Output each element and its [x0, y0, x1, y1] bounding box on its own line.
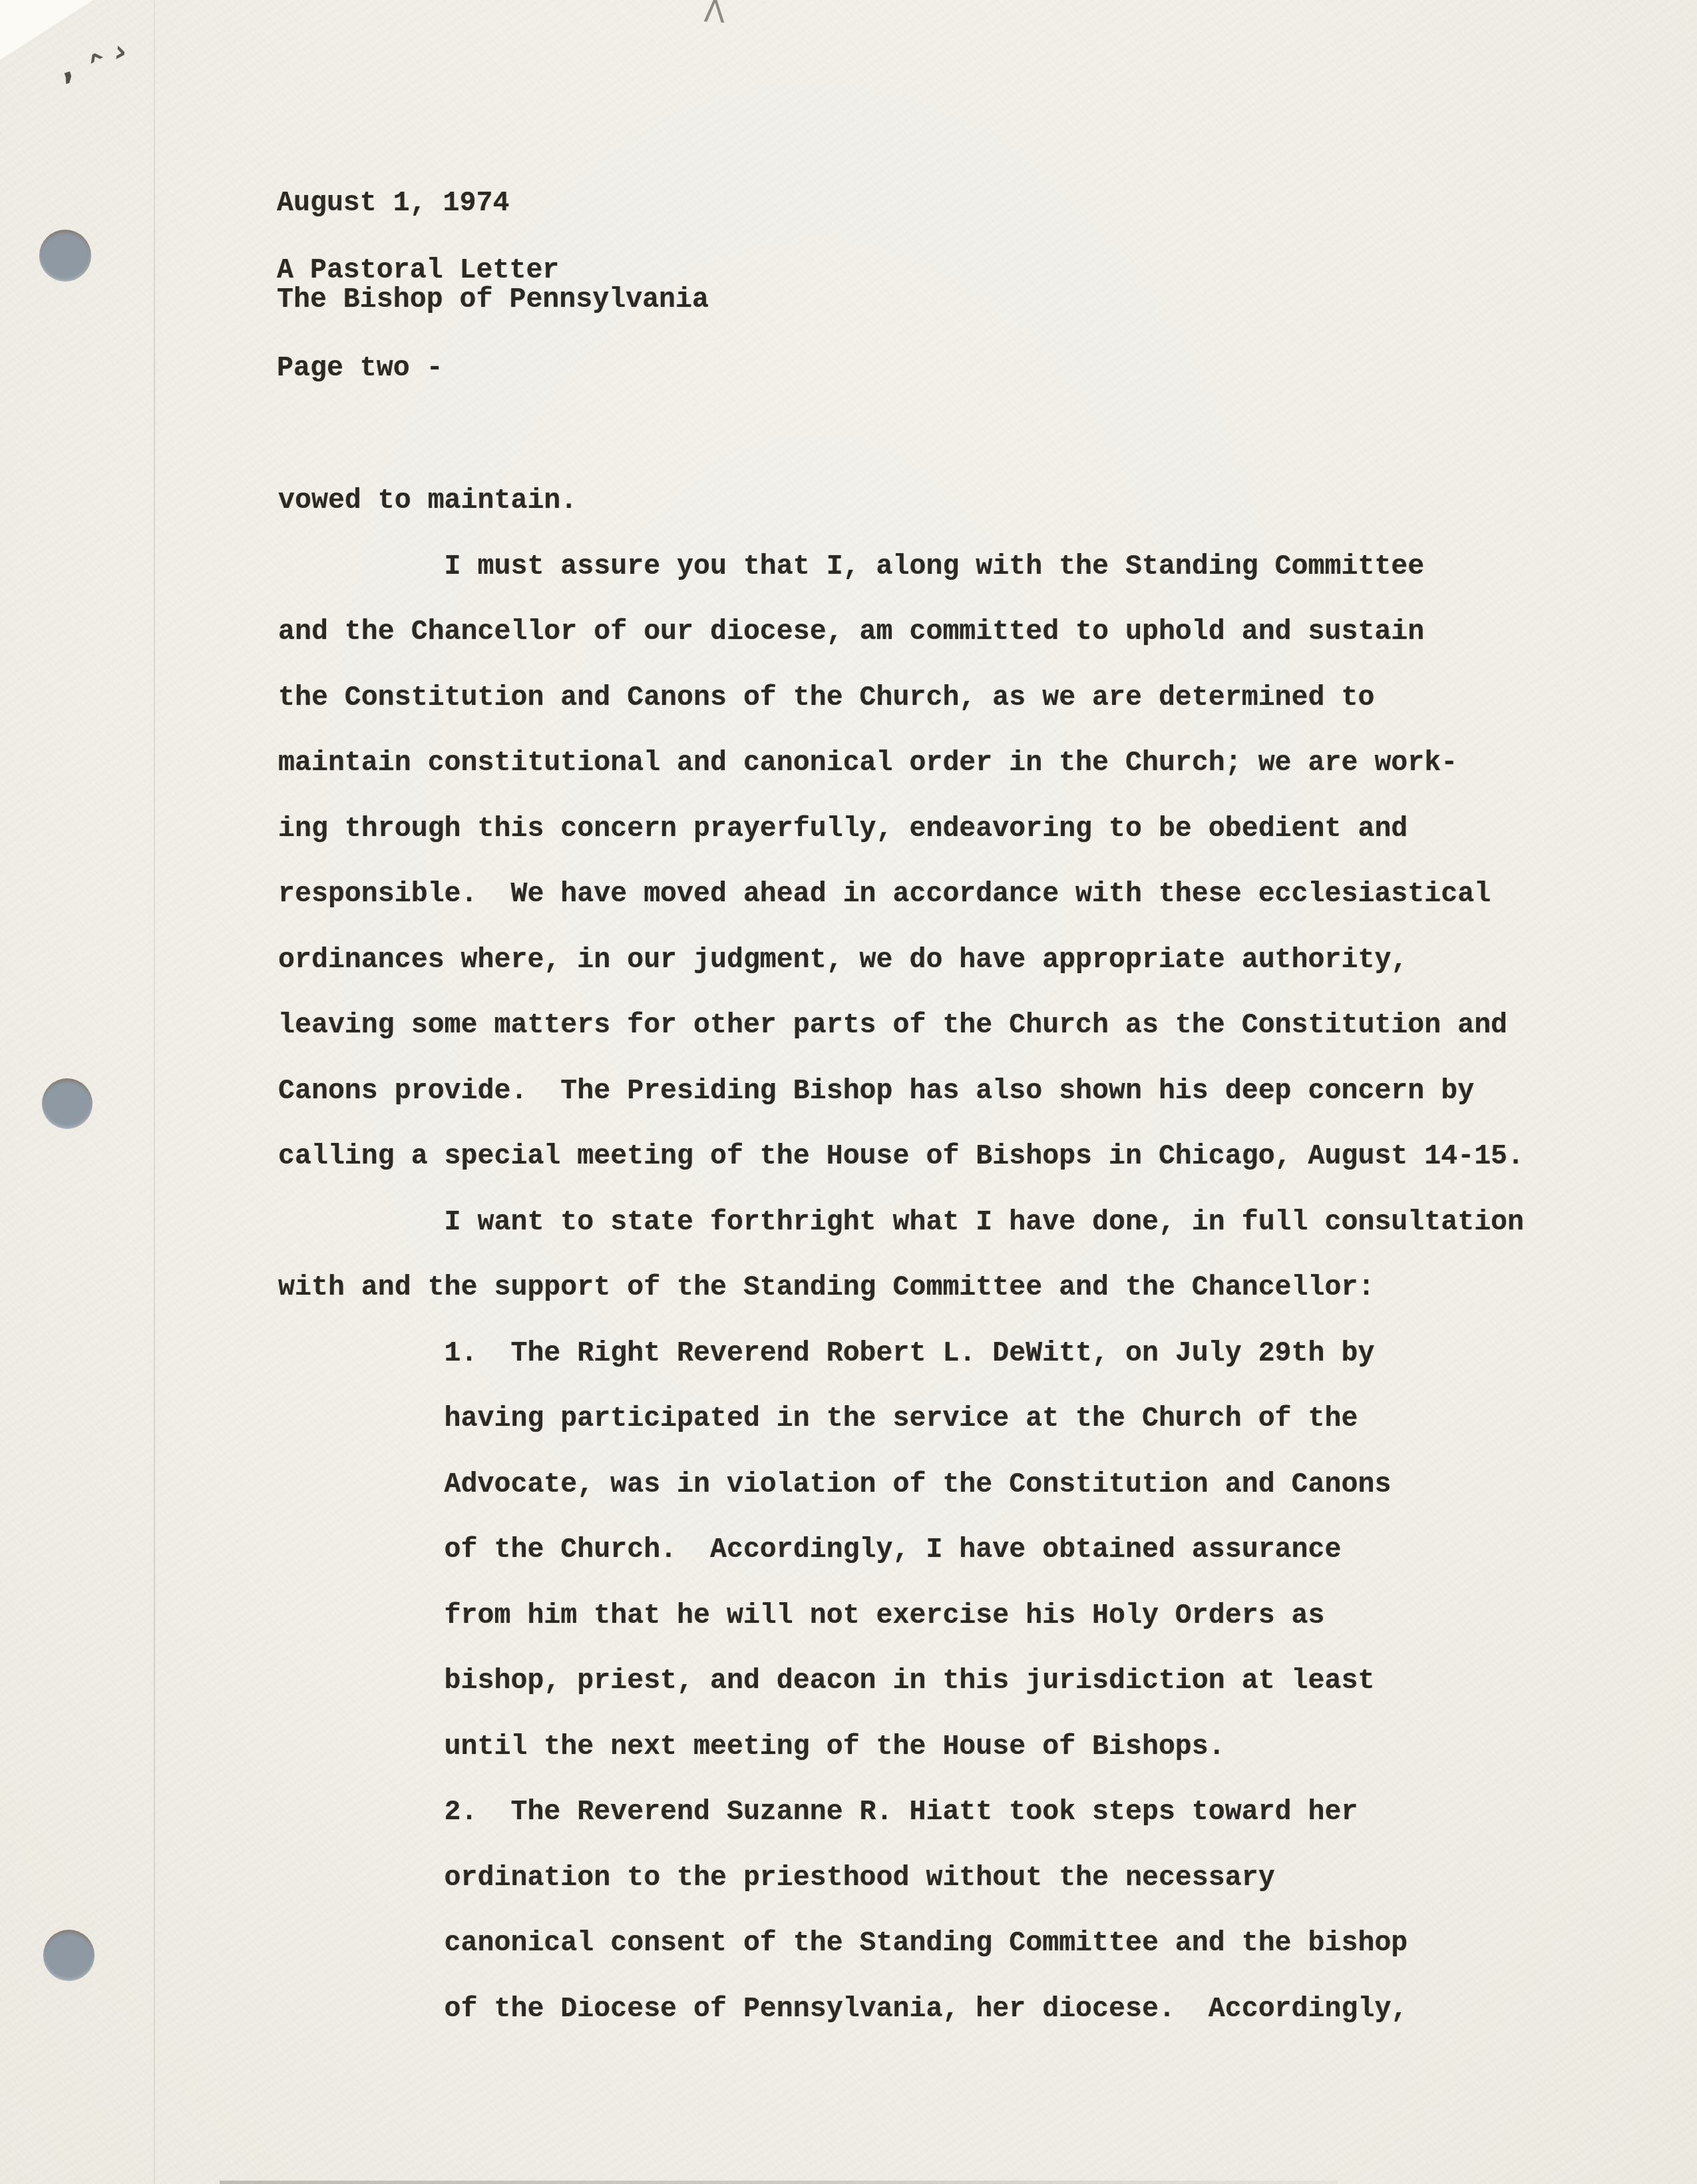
scanned-letter-page: ‚ ‹ › Λ August 1, 1974 A Pastoral Letter…	[0, 0, 1697, 2184]
letter-title-line-1: A Pastoral Letter	[277, 257, 559, 285]
pencil-mark-3: ›	[112, 33, 129, 70]
letter-body-text: vowed to maintain. I must assure you tha…	[278, 469, 1524, 2042]
hole-punch-bottom	[43, 1930, 94, 1981]
hole-punch-middle	[42, 1078, 93, 1129]
page-number-label: Page two -	[277, 355, 443, 383]
corner-sliver	[0, 0, 93, 60]
fold-line	[154, 0, 155, 2184]
date-line: August 1, 1974	[277, 190, 509, 218]
pencil-mark-top-center: Λ	[703, 0, 726, 30]
letter-title-line-2: The Bishop of Pennsylvania	[277, 286, 709, 314]
bottom-edge-shadow	[220, 2181, 1338, 2184]
pencil-mark-2: ‹	[78, 43, 116, 71]
hole-punch-top	[39, 230, 91, 282]
pencil-mark-1: ‚	[53, 47, 77, 89]
